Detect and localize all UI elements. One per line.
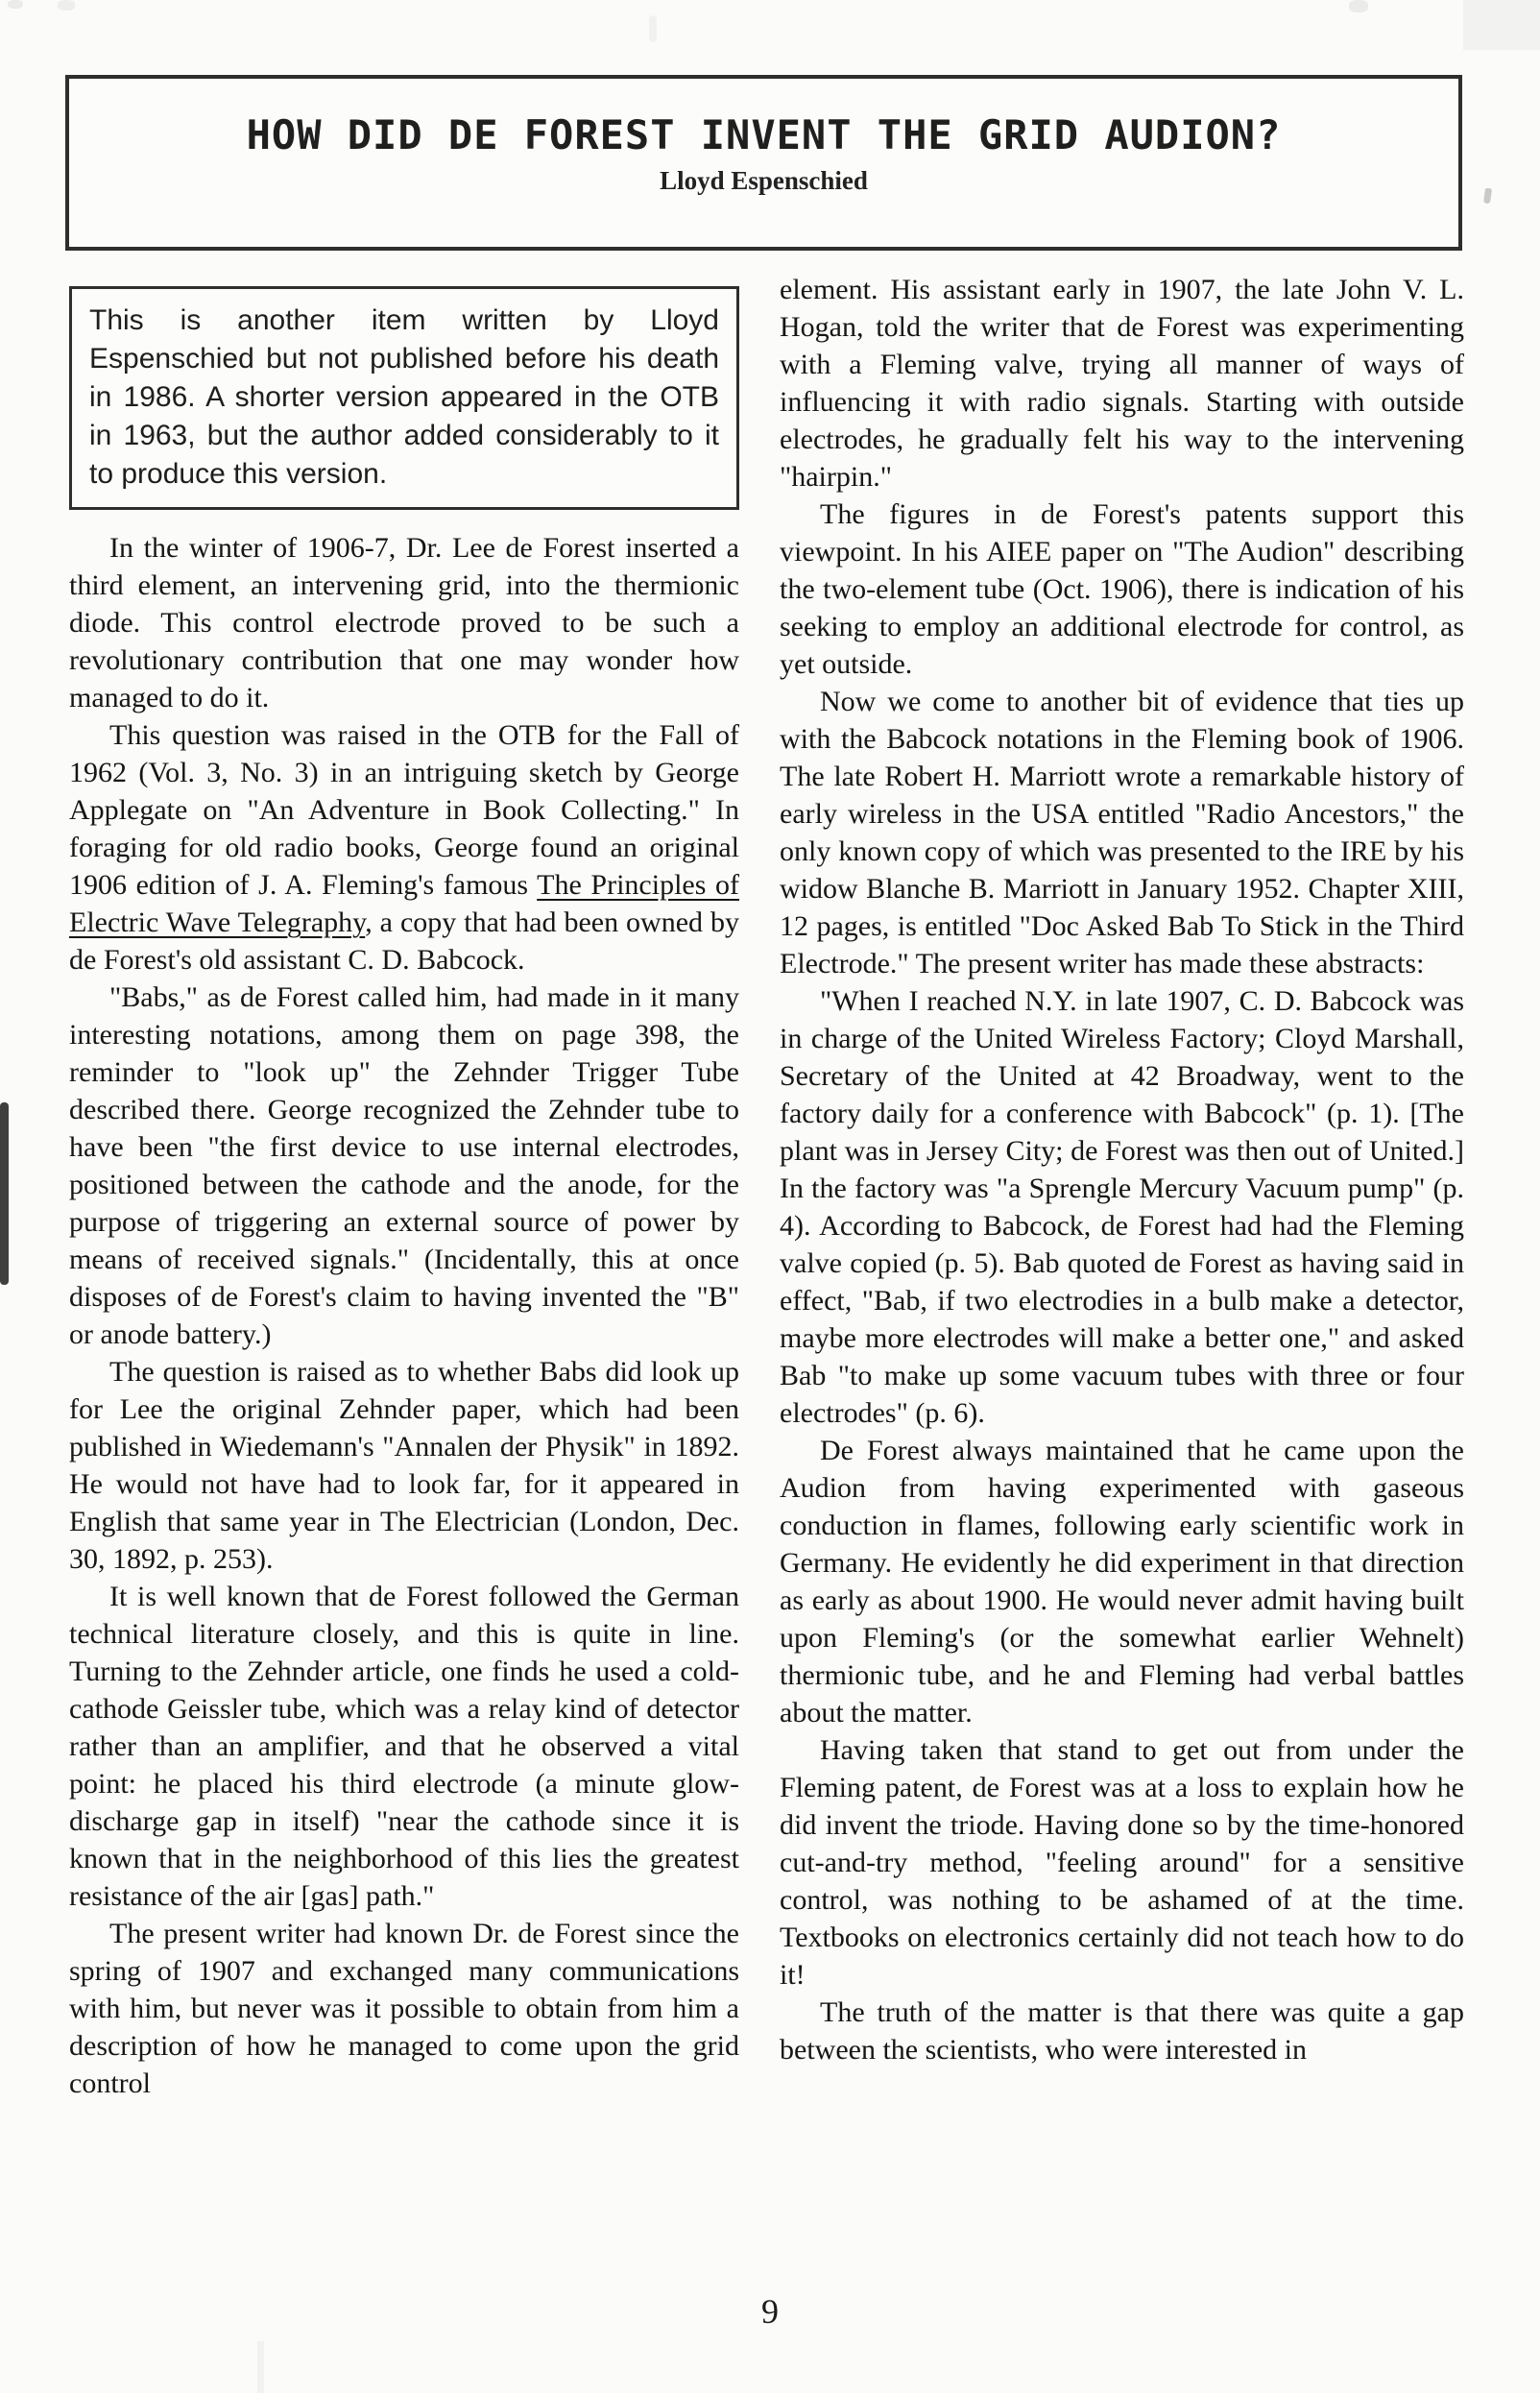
left-column: This is another item written by Lloyd Es… — [69, 271, 739, 2102]
article-title: HOW DID DE FOREST INVENT THE GRID AUDION… — [69, 111, 1458, 158]
right-paragraph-7: The truth of the matter is that there wa… — [780, 1994, 1464, 2068]
scan-artifact — [0, 1102, 9, 1285]
right-paragraph-3: Now we come to another bit of evidence t… — [780, 683, 1464, 982]
scan-artifact — [8, 0, 23, 9]
left-paragraph-6: The present writer had known Dr. de Fore… — [69, 1915, 739, 2102]
editor-note-text: This is another item written by Lloyd Es… — [89, 304, 719, 490]
scan-artifact — [58, 0, 75, 11]
left-paragraph-2: This question was raised in the OTB for … — [69, 716, 739, 979]
scan-artifact — [1463, 0, 1540, 50]
left-paragraph-4: The question is raised as to whether Bab… — [69, 1353, 739, 1578]
scan-artifact — [649, 15, 657, 42]
right-paragraph-2: The figures in de Forest's patents suppo… — [780, 496, 1464, 683]
article-columns: This is another item written by Lloyd Es… — [69, 271, 1464, 2102]
left-paragraph-3: "Babs," as de Forest called him, had mad… — [69, 979, 739, 1353]
scan-artifact — [257, 2341, 264, 2393]
article-author: Lloyd Espenschied — [69, 166, 1458, 196]
right-column: element. His assistant early in 1907, th… — [780, 271, 1464, 2068]
right-paragraph-4: "When I reached N.Y. in late 1907, C. D.… — [780, 982, 1464, 1432]
page-number: 9 — [0, 2291, 1540, 2332]
left-paragraph-5: It is well known that de Forest followed… — [69, 1578, 739, 1915]
title-box: HOW DID DE FOREST INVENT THE GRID AUDION… — [65, 75, 1462, 251]
right-paragraph-1: element. His assistant early in 1907, th… — [780, 271, 1464, 496]
right-paragraph-6: Having taken that stand to get out from … — [780, 1731, 1464, 1994]
scanned-article-page: HOW DID DE FOREST INVENT THE GRID AUDION… — [0, 0, 1540, 2393]
right-paragraph-5: De Forest always maintained that he came… — [780, 1432, 1464, 1731]
editor-note-box: This is another item written by Lloyd Es… — [69, 286, 739, 510]
left-paragraph-1: In the winter of 1906-7, Dr. Lee de Fore… — [69, 529, 739, 716]
scan-artifact — [1349, 0, 1368, 12]
scan-artifact — [1483, 188, 1492, 205]
